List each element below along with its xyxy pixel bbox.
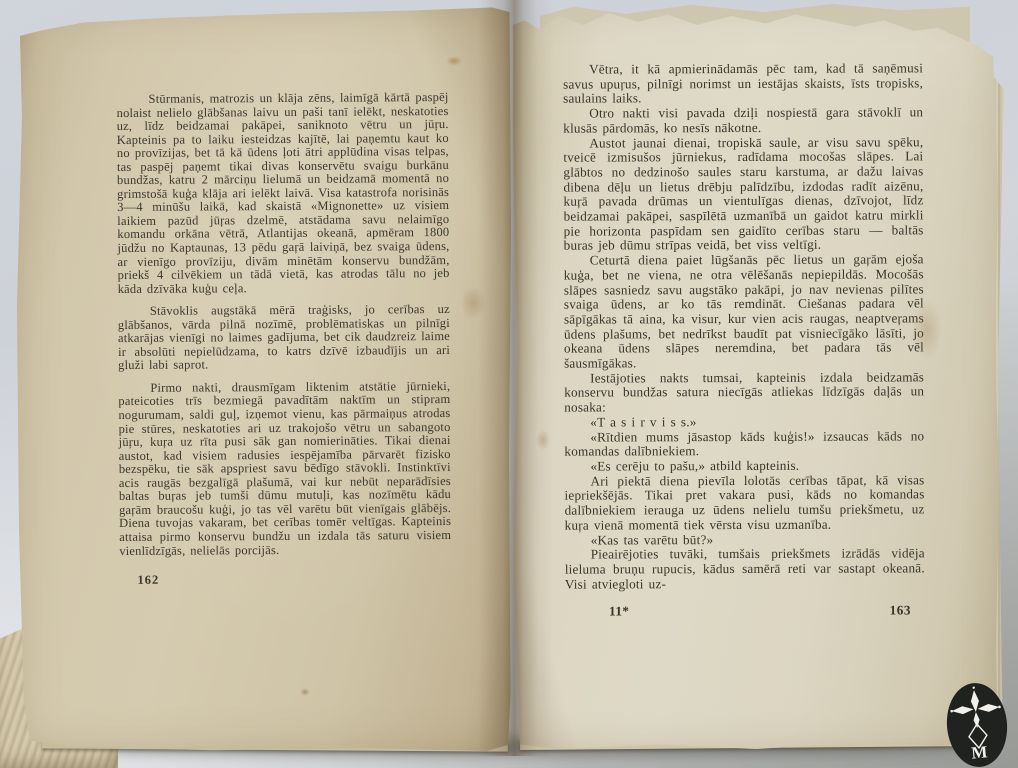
paragraph: Ceturtā diena paiet lūgšanās pēc lietus … <box>564 253 924 372</box>
stamp-emblem-icon: M <box>942 679 1011 768</box>
stamp-monogram: M <box>971 742 989 762</box>
page-number-right: 163 <box>890 604 911 619</box>
paragraph: Pirmo nakti, drausmīgam liktenim atstāti… <box>118 380 451 558</box>
paragraph: Stāvoklis augstākā mērā traģisks, jo cer… <box>118 303 450 373</box>
paragraph: Vētra, it kā apmierinādamās pēc tam, kad… <box>563 61 923 106</box>
right-page-footer: 11* 163 <box>565 604 925 620</box>
left-page-text-column: Stūrmanis, matrozis un klāja zēns, laimī… <box>116 91 451 588</box>
paragraph: Stūrmanis, matrozis un klāja zēns, laimī… <box>116 91 449 296</box>
signature-mark: 11* <box>609 605 630 620</box>
page-number-left: 162 <box>119 572 451 588</box>
book-page-left: Stūrmanis, matrozis un klāja zēns, laimī… <box>14 6 512 754</box>
paragraph: Pieairējoties tuvāki, tumšais priekšmets… <box>565 547 925 592</box>
paragraph: Iestājoties nakts tumsai, kapteinis izda… <box>564 370 924 415</box>
right-page-text-column: Vētra, it kā apmierinādamās pēc tam, kad… <box>563 61 925 619</box>
paragraph: Austot jaunai dienai, tropiskā saule, ar… <box>563 135 923 254</box>
collection-stamp: M <box>942 679 1011 768</box>
book-page-right: Vētra, it kā apmierinādamās pēc tam, kad… <box>510 4 1002 752</box>
paragraph: Ari piektā diena pievīla lolotās cerības… <box>564 473 924 533</box>
dialogue-line: «Rītdien mums jāsastop kāds kuģis!» izsa… <box>564 429 924 460</box>
book-photo: Stūrmanis, matrozis un klāja zēns, laimī… <box>0 0 1018 768</box>
paragraph: Otro nakti visi pavada dziļi nospiestā g… <box>563 105 923 136</box>
